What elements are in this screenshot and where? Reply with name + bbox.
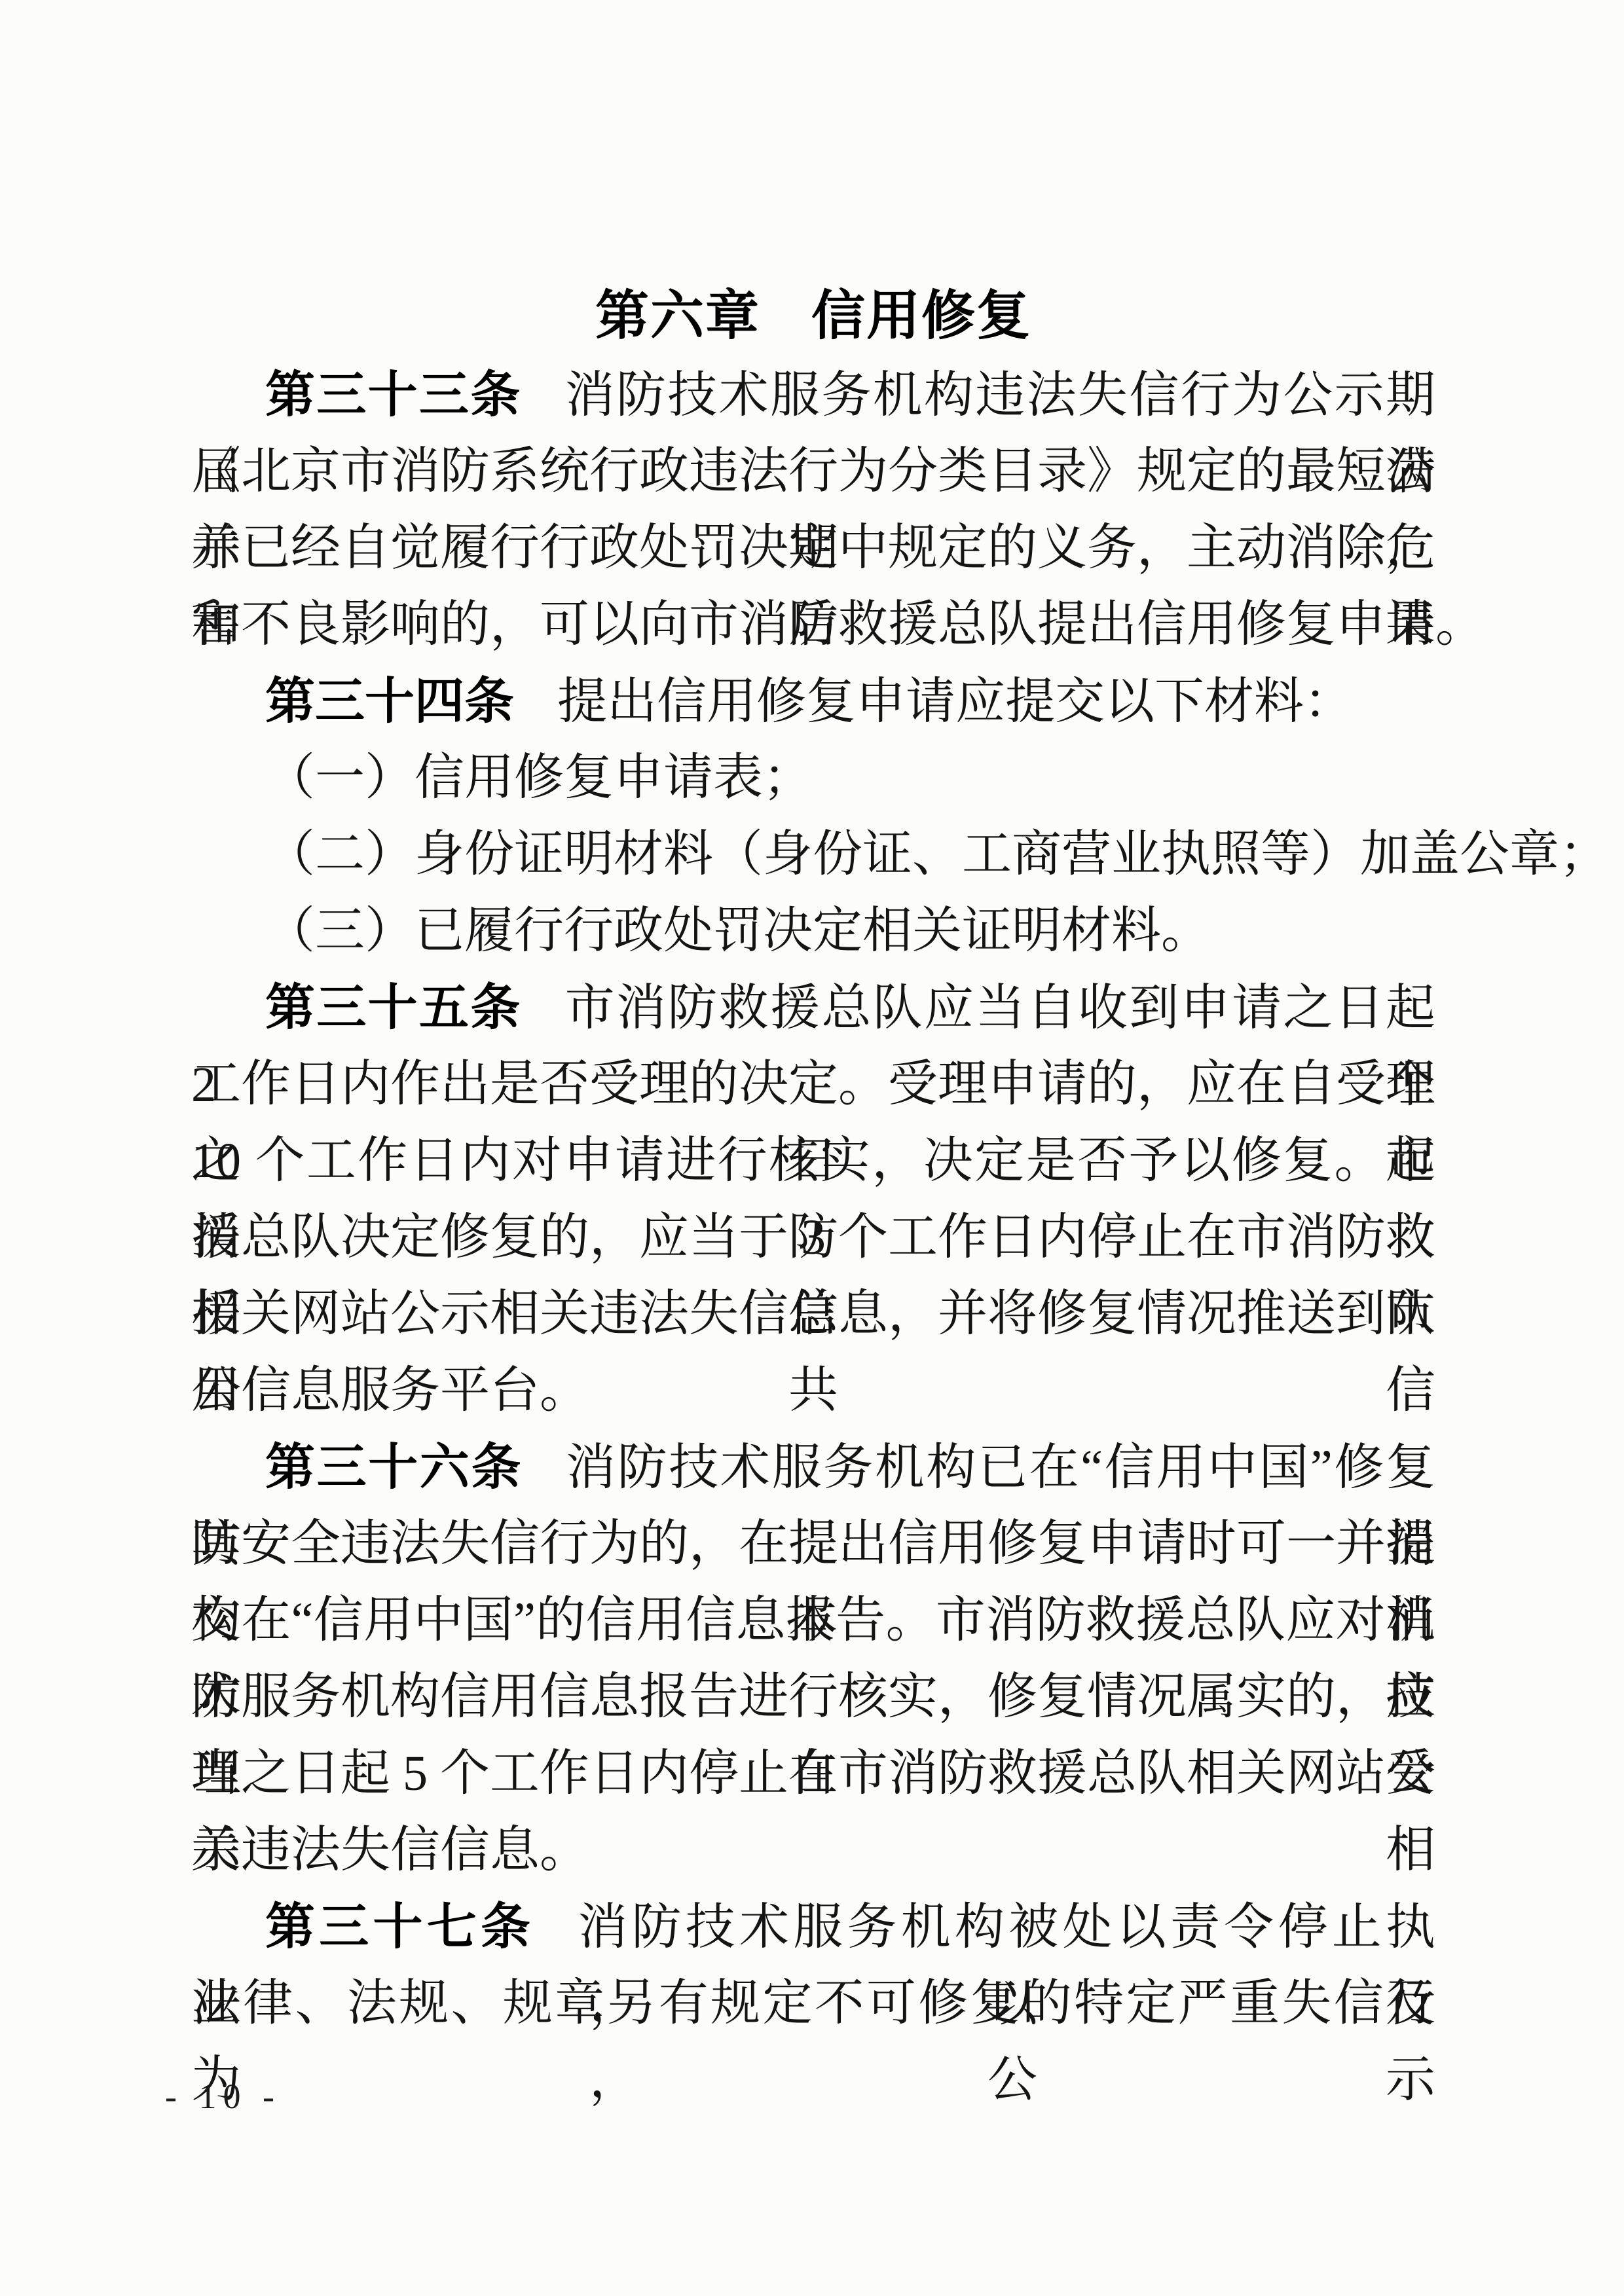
article-number: 第三十五条 [265,980,522,1036]
text-line: 援总队决定修复的，应当于 3 个工作日内停止在市消防救援总队 [191,1199,1435,1276]
text-line: 第三十六条消防技术服务机构已在“信用中国”修复其消 [191,1429,1435,1506]
document-page: 第六章信用修复 第三十三条消防技术服务机构违法失信行为公示期届满《北京市消防系统… [0,0,1624,2296]
article-number: 第三十六条 [265,1440,523,1495]
text-line: 相关网站公示相关违法失信信息，并将修复情况推送到市公共信 [191,1276,1435,1353]
article-number: 第三十七条 [265,1899,534,1955]
text-line: （三）已履行行政处罚决定相关证明材料。 [191,893,1435,970]
line-text: 关违法失信信息。 [191,1823,589,1878]
text-line: 第三十五条市消防救援总队应当自收到申请之日起 2 个 [191,970,1435,1046]
text-line: 第三十七条消防技术服务机构被处以责令停止执业，以及 [191,1889,1435,1965]
line-text: （二）身份证明材料（身份证、工商营业执照等）加盖公章； [265,827,1609,882]
article-number: 第三十三条 [265,367,522,423]
text-line: 和不良影响的，可以向市消防救援总队提出信用修复申请。 [191,587,1435,663]
text-line: 术服务机构信用信息报告进行核实，修复情况属实的，应当自受 [191,1659,1435,1736]
text-line: 防安全违法失信行为的，在提出信用修复申请时可一并提交本机 [191,1506,1435,1582]
text-line: 理之日起 5 个工作日内停止在市消防救援总队相关网站公示相 [191,1736,1435,1812]
document-body: 第三十三条消防技术服务机构违法失信行为公示期届满《北京市消防系统行政违法行为分类… [191,357,1435,2042]
text-line: 10 个工作日内对申请进行核实，决定是否予以修复。市消防救 [191,1123,1435,1199]
line-text: （三）已履行行政处罚决定相关证明材料。 [265,903,1211,958]
text-line: （一）信用修复申请表； [191,740,1435,816]
text-line: 并已经自觉履行行政处罚决定中规定的义务，主动消除危害后果 [191,510,1435,587]
text-line: 第三十三条消防技术服务机构违法失信行为公示期届满 [191,357,1435,433]
text-line: （二）身份证明材料（身份证、工商营业执照等）加盖公章； [191,816,1435,893]
line-text: 法律、法规、规章另有规定不可修复的特定严重失信行为，公示 [191,1976,1435,2107]
chapter-heading: 第六章信用修复 [191,287,1435,346]
line-text: （一）信用修复申请表； [265,750,813,805]
article-number: 第三十四条 [265,674,514,729]
line-text: 用信息服务平台。 [191,1363,589,1418]
text-line: 《北京市消防系统行政违法行为分类目录》规定的最短公示期， [191,433,1435,510]
text-line: 法律、法规、规章另有规定不可修复的特定严重失信行为，公示 [191,1965,1435,2042]
line-text: 和不良影响的，可以向市消防救援总队提出信用修复申请。 [191,597,1485,652]
text-line: 构在“信用中国”的信用信息报告。市消防救援总队应对消防技 [191,1582,1435,1659]
text-line: 工作日内作出是否受理的决定。受理申请的，应在自受理之日起 [191,1046,1435,1123]
page-number: - 10 - [165,2077,281,2116]
chapter-title: 信用修复 [811,286,1031,346]
text-line: 第三十四条提出信用修复申请应提交以下材料： [191,663,1435,740]
line-text: 提出信用修复申请应提交以下材料： [557,674,1354,729]
chapter-number: 第六章 [595,286,760,346]
